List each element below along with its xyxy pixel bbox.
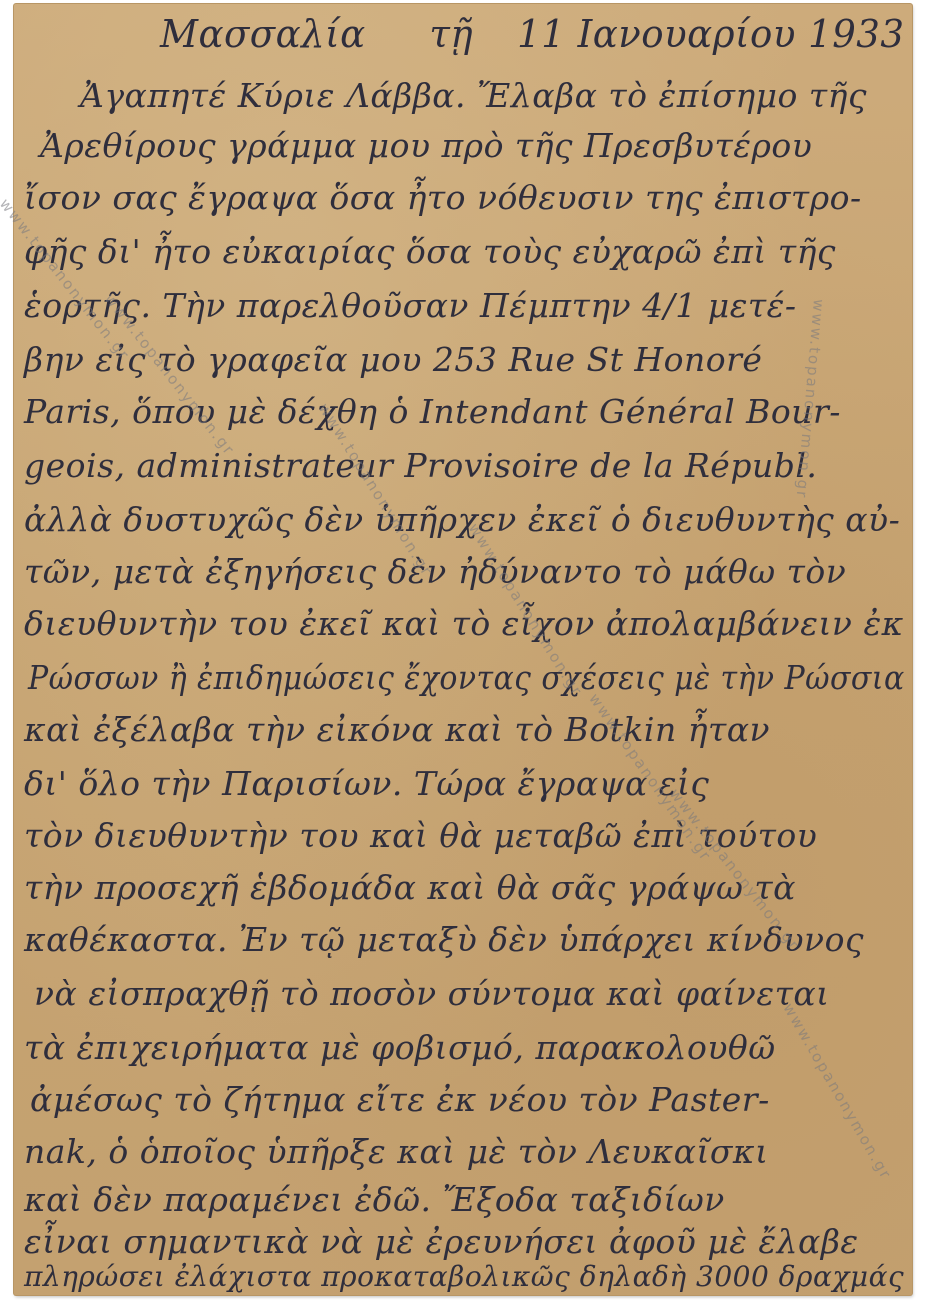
letter-line: nak, ὁ ὁποῖος ὑπῆρξε καὶ μὲ τὸν Λευκαῖσκ… xyxy=(24,1132,769,1171)
letter-line: φῆς δι' ἦτο εὐκαιρίας ὅσα τοὺς εὐχαρῶ ἐπ… xyxy=(24,232,836,271)
letter-line: διευθυντὴν του ἐκεῖ καὶ τὸ εἶχον ἀπολαμβ… xyxy=(24,604,904,643)
letter-line: καὶ ἐξέλαβα τὴν εἰκόνα καὶ τὸ Botkin ἦτα… xyxy=(24,710,770,749)
letter-line: τῶν, μετὰ ἐξηγήσεις δὲν ἠδύναντο τὸ μάθω… xyxy=(24,552,846,591)
letter-line: τὰ ἐπιχειρήματα μὲ φοβισμό, παρακολουθῶ xyxy=(24,1028,776,1067)
letter-line: δι' ὅλο τὴν Παρισίων. Τώρα ἔγραψα εἰς xyxy=(24,764,709,803)
header-place: Μασσαλία xyxy=(160,12,366,56)
header-date: 11 Ιανουαρίου 1933 xyxy=(517,12,904,56)
letter-line: βην εἰς τὸ γραφεῖα μου 253 Rue St Honoré xyxy=(24,340,762,379)
letter-header: Μασσαλία τῇ 11 Ιανουαρίου 1933 xyxy=(160,12,904,56)
letter-line: πληρώσει ἐλάχιστα προκαταβολικῶς δηλαδὴ … xyxy=(24,1260,904,1293)
letter-line: ἑορτῆς. Τὴν παρελθοῦσαν Πέμπτην 4/1 μετέ… xyxy=(24,286,797,325)
letter-line: καθέκαστα. Ἐν τῷ μεταξὺ δὲν ὑπάρχει κίνδ… xyxy=(24,920,864,959)
letter-line: καὶ δὲν παραμένει ἐδῶ. Ἔξοδα ταξιδίων xyxy=(24,1180,725,1219)
letter-line: Ρώσσων ἢ ἐπιδημώσεις ἔχοντας σχέσεις μὲ … xyxy=(28,658,905,697)
letter-line: νὰ εἰσπραχθῇ τὸ ποσὸν σύντομα καὶ φαίνετ… xyxy=(34,974,830,1013)
letter-line: Paris, ὅπου μὲ δέχθη ὁ Intendant Général… xyxy=(24,392,841,431)
letter-line: εἶναι σημαντικὰ νὰ μὲ ἐρευνήσει ἀφοῦ μὲ … xyxy=(24,1222,859,1261)
letter-line: ἀλλὰ δυστυχῶς δὲν ὑπῆρχεν ἐκεῖ ὁ διευθυν… xyxy=(24,500,900,539)
letter-line: Ἀρεθίρους γράμμα μου πρὸ τῆς Πρεσβυτέρου xyxy=(40,126,812,165)
letter-line: Ἀγαπητέ Κύριε Λάββα. Ἔλαβα τὸ ἐπίσημο τῆ… xyxy=(80,76,867,115)
letter-line: ἴσον σας ἔγραψα ὅσα ἦτο νόθευσιν της ἐπι… xyxy=(24,178,862,217)
letter-line: τὴν προσεχῆ ἑβδομάδα καὶ θὰ σᾶς γράψω τὰ xyxy=(24,868,796,907)
letter-line: ἀμέσως τὸ ζήτημα εἴτε ἐκ νέου τὸν Paster… xyxy=(30,1080,770,1119)
letter-line: geois, administrateur Provisoire de la R… xyxy=(24,446,817,485)
header-date-prefix: τῇ xyxy=(429,12,473,56)
